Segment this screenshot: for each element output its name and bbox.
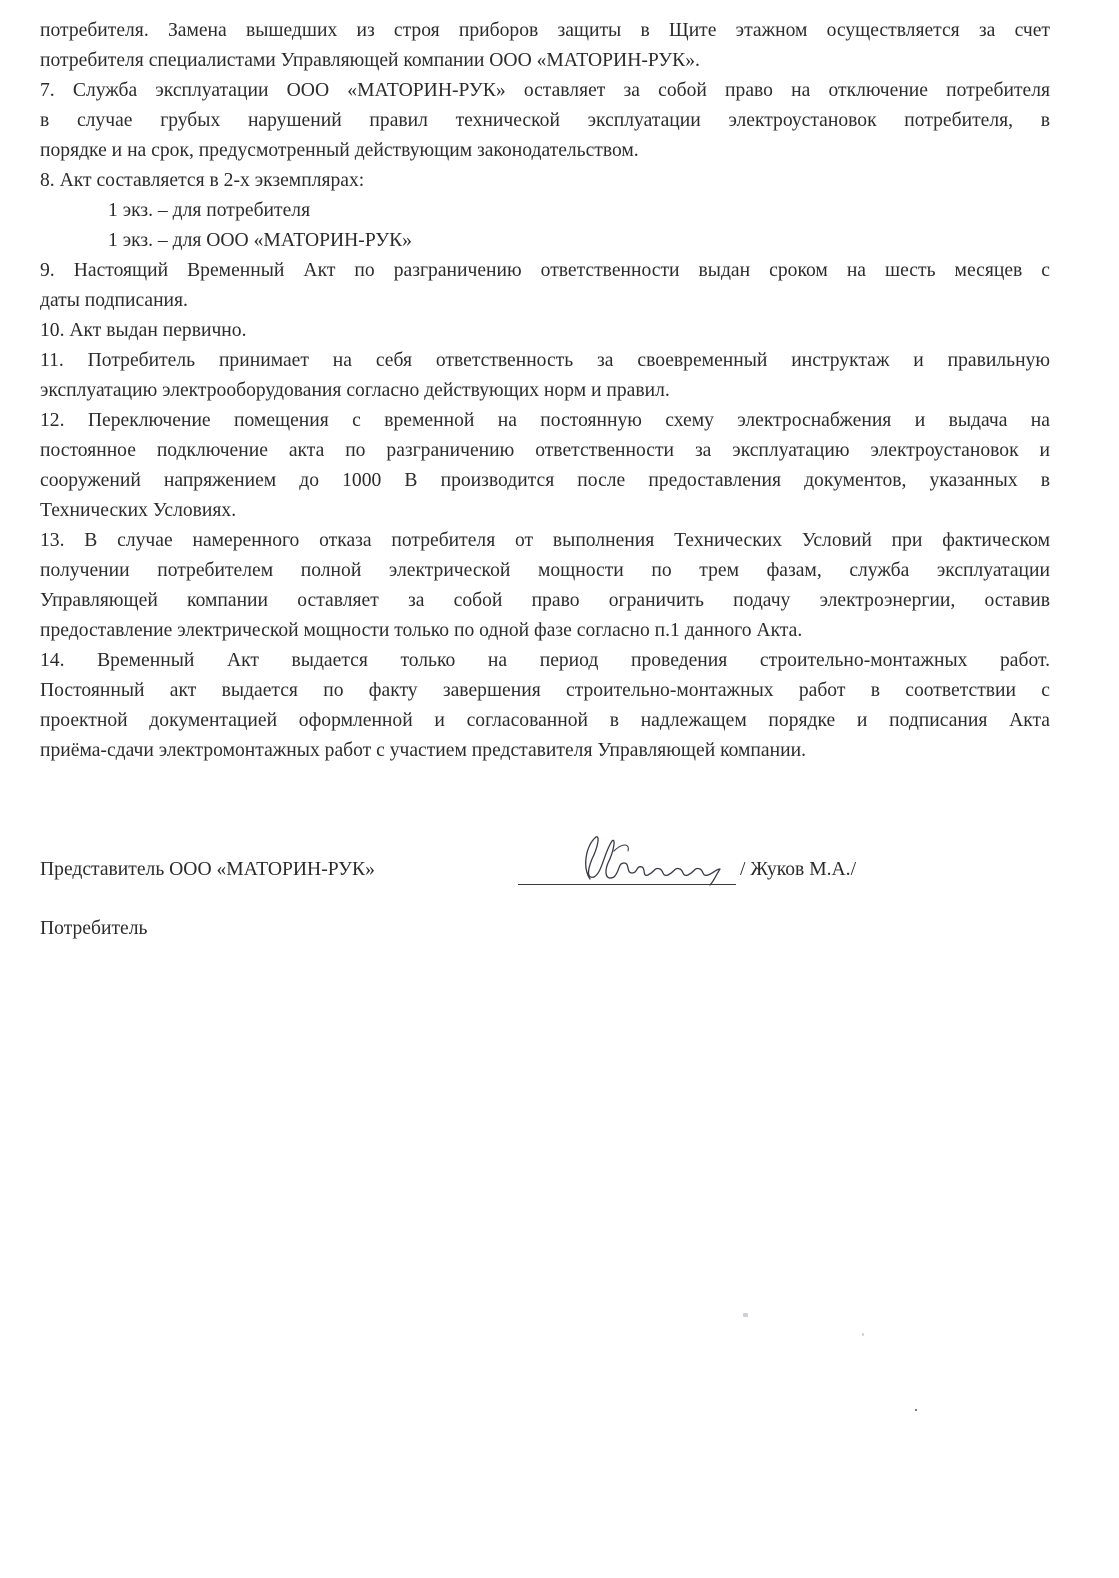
scan-speck: [915, 1409, 917, 1411]
text-line: потребителя специалистами Управляющей ко…: [40, 46, 1050, 76]
clause-10: 10. Акт выдан первично.: [40, 316, 1050, 346]
text-line: даты подписания.: [40, 286, 1050, 316]
text-line: Управляющей компании оставляет за собой …: [40, 586, 1050, 616]
text-line: приёма-сдачи электромонтажных работ с уч…: [40, 736, 1050, 766]
text-line: предоставление электрической мощности то…: [40, 616, 1050, 646]
text-line: потребителя. Замена вышедших из строя пр…: [40, 16, 1050, 46]
consumer-label: Потребитель: [40, 918, 147, 940]
representative-signature-block: Представитель ООО «МАТОРИН-РУК» / Жуков …: [40, 855, 1040, 895]
text-line: получении потребителем полной электричес…: [40, 556, 1050, 586]
clause-14: 14. Временный Акт выдается только на пер…: [40, 646, 1050, 676]
text-line: Постоянный акт выдается по факту заверше…: [40, 676, 1050, 706]
text-line: Технических Условиях.: [40, 496, 1050, 526]
text-line: проектной документацией оформленной и со…: [40, 706, 1050, 736]
clause-9: 9. Настоящий Временный Акт по разграниче…: [40, 256, 1050, 286]
text-line: порядке и на срок, предусмотренный дейст…: [40, 136, 1050, 166]
document-body: потребителя. Замена вышедших из строя пр…: [40, 16, 1050, 766]
clause-12: 12. Переключение помещения с временной н…: [40, 406, 1050, 436]
copy-item-company: 1 экз. – для ООО «МАТОРИН-РУК»: [40, 226, 1050, 256]
scan-speck: [862, 1333, 864, 1336]
clause-13: 13. В случае намеренного отказа потребит…: [40, 526, 1050, 556]
handwritten-signature-icon: [568, 833, 738, 889]
terms-text: потребителя. Замена вышедших из строя пр…: [40, 16, 1050, 766]
scan-speck: [743, 1313, 748, 1317]
text-line: сооружений напряжением до 1000 В произво…: [40, 466, 1050, 496]
copy-item-consumer: 1 экз. – для потребителя: [40, 196, 1050, 226]
text-line: эксплуатацию электрооборудования согласн…: [40, 376, 1050, 406]
representative-name: / Жуков М.А./: [740, 859, 856, 881]
text-line: в случае грубых нарушений правил техниче…: [40, 106, 1050, 136]
clause-7: 7. Служба эксплуатации ООО «МАТОРИН-РУК»…: [40, 76, 1050, 106]
clause-11: 11. Потребитель принимает на себя ответс…: [40, 346, 1050, 376]
representative-label: Представитель ООО «МАТОРИН-РУК»: [40, 859, 375, 881]
text-line: постоянное подключение акта по разгранич…: [40, 436, 1050, 466]
clause-8: 8. Акт составляется в 2-х экземплярах:: [40, 166, 1050, 196]
